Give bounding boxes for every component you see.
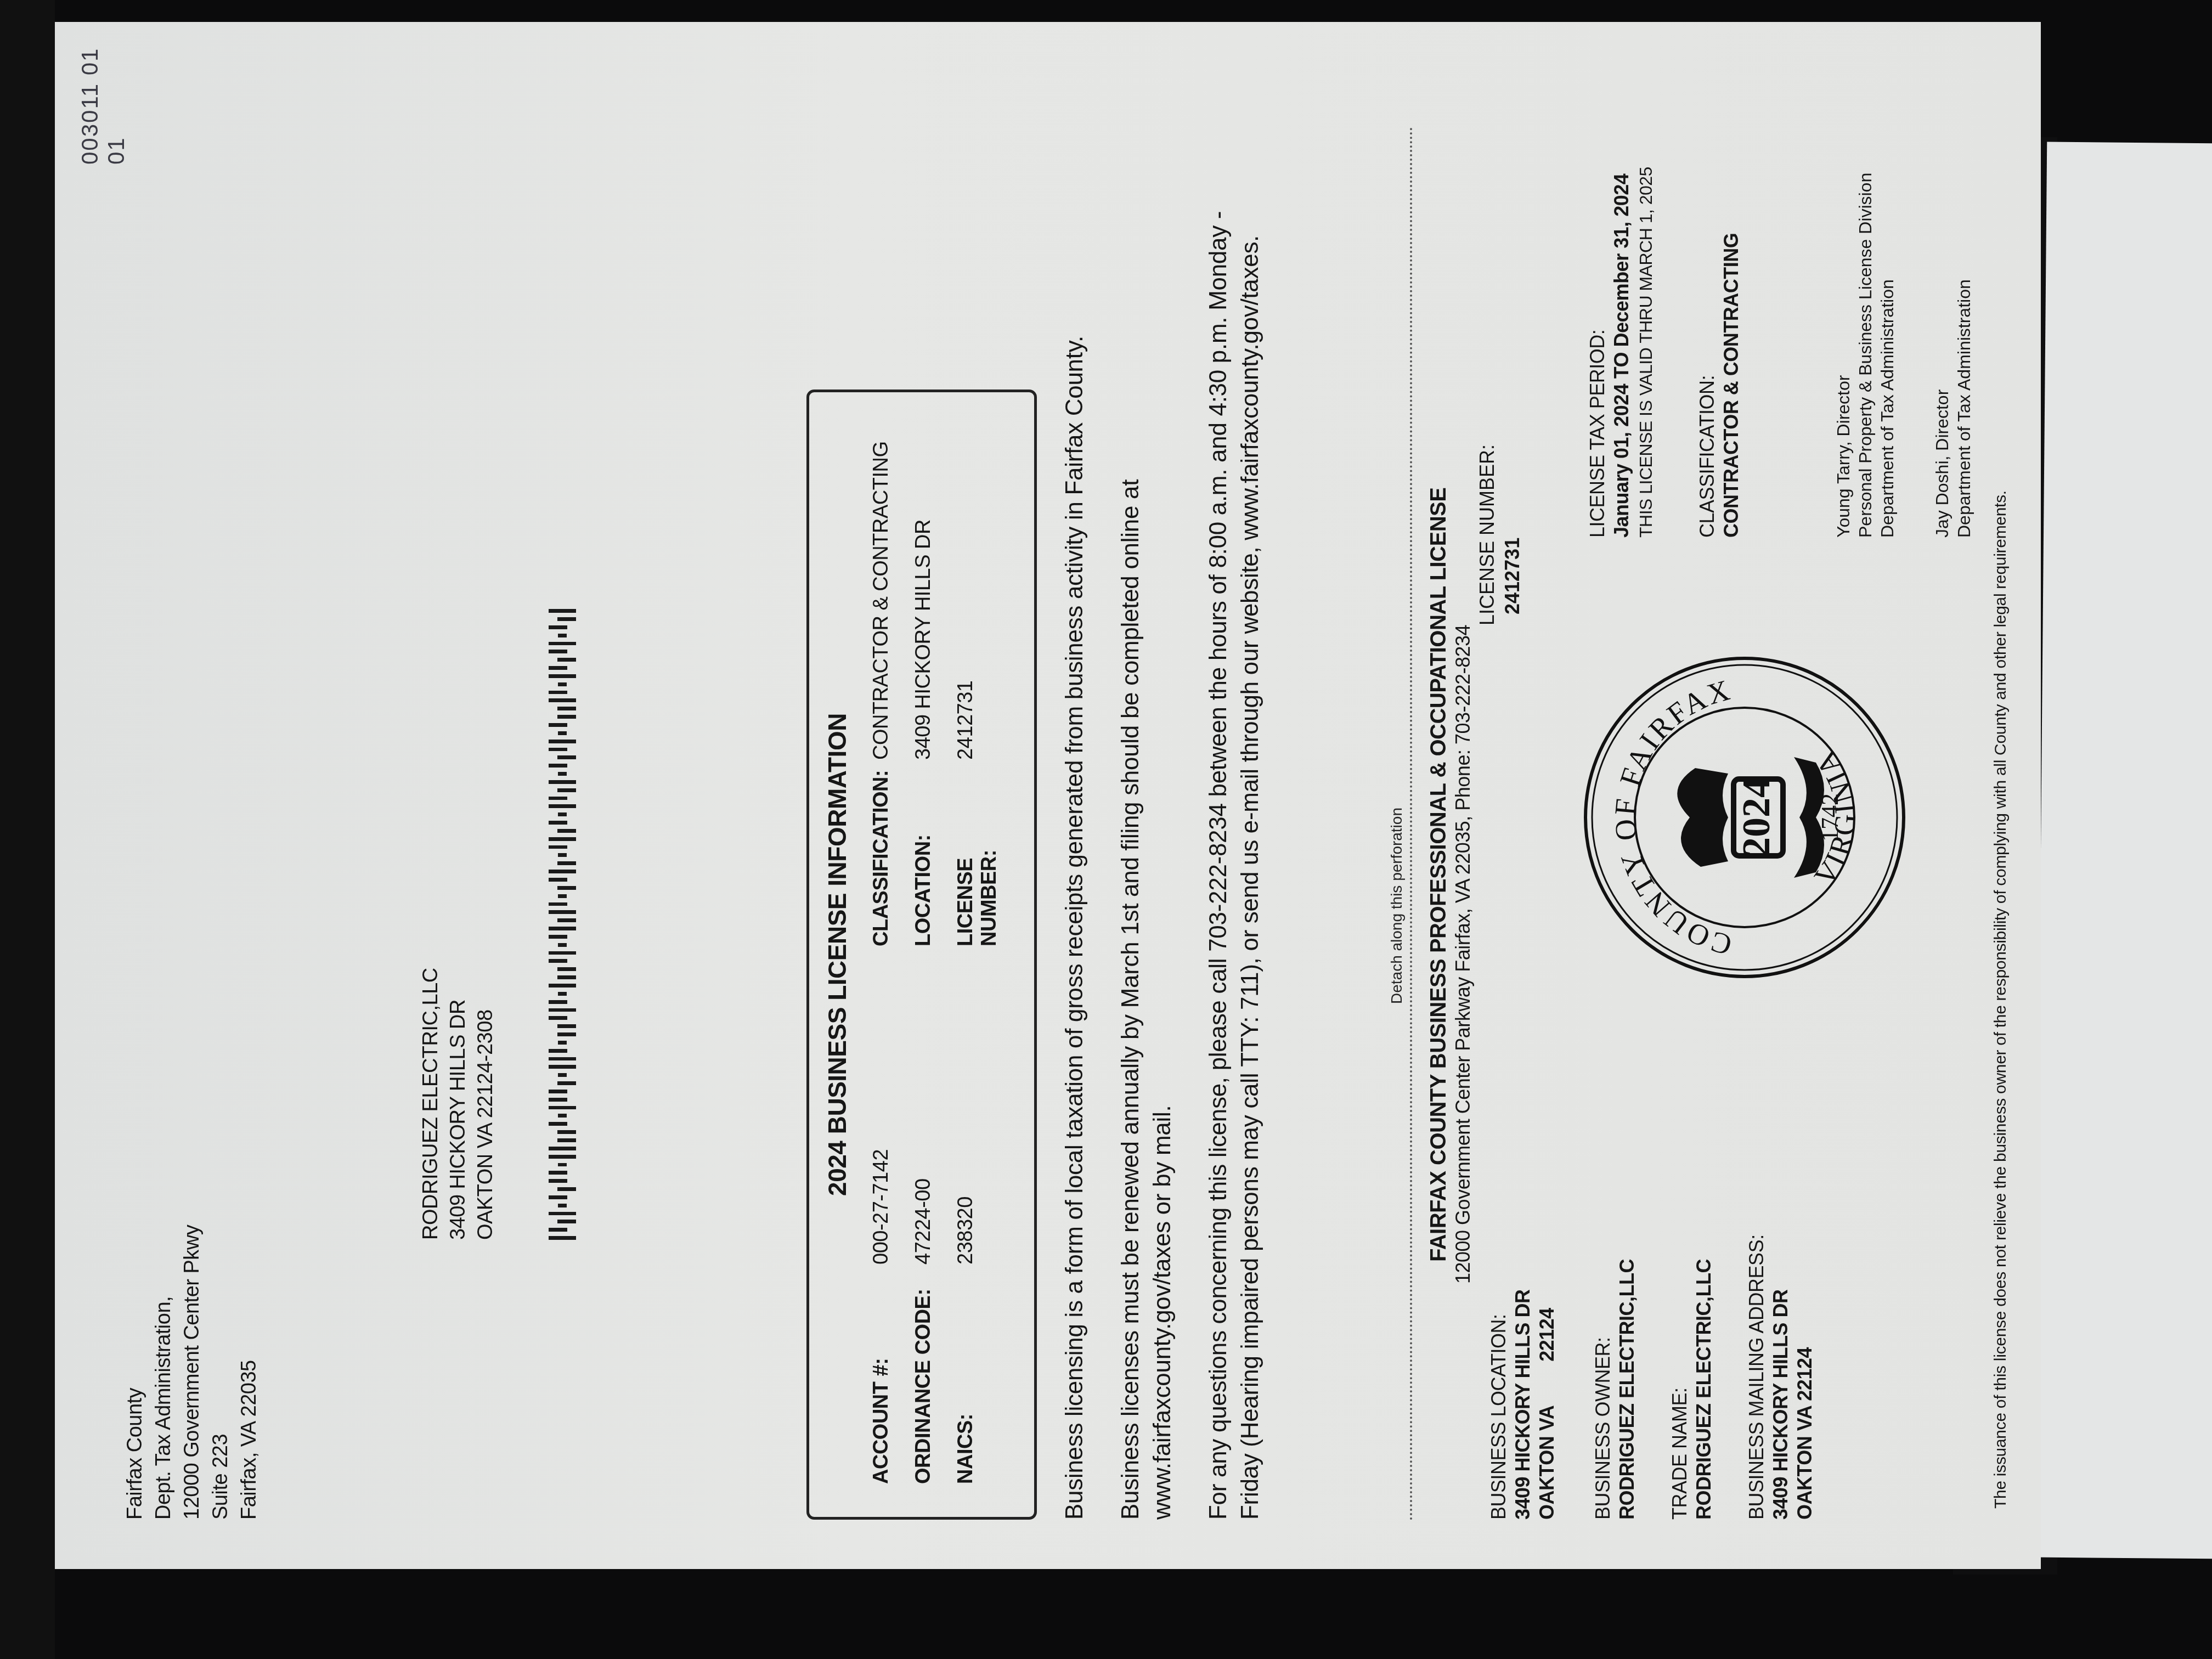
barcode-bar [549,951,576,955]
barcode-bar [549,1122,567,1126]
barcode-bar [557,1187,576,1191]
return-address-line: 12000 Government Center Pkwy [178,1225,206,1520]
barcode-bar [549,674,576,678]
classification-value: CONTRACTOR & CONTRACTING [1719,233,1743,538]
adjacent-page [2035,142,2212,1559]
trade-name-value: RODRIGUEZ ELECTRIC,LLC [1692,1259,1716,1520]
barcode-bar [558,1114,567,1118]
return-address-line: Fairfax County [121,1225,149,1520]
barcode-bar [557,1130,576,1134]
barcode-bar [557,788,576,792]
barcode-bar [549,1155,576,1159]
barcode-bar [558,1163,567,1167]
barcode-bar [549,609,576,613]
signers: Young Tarry, Director Personal Property … [1832,173,1975,538]
business-location-zip: 22124 [1536,1308,1558,1362]
barcode-bar [558,772,567,776]
barcode-bar [557,658,576,662]
return-address-line: Dept. Tax Administration, [149,1225,178,1520]
barcode-bar [549,1057,576,1061]
signer-title: Department of Tax Administration [1953,173,1975,538]
return-address: Fairfax County Dept. Tax Administration,… [121,1225,263,1520]
signer-title: Department of Tax Administration [1876,173,1898,538]
barcode-bar [549,837,576,841]
barcode-bar [558,943,567,947]
barcode-bar [558,731,567,735]
license-document: 003011 01 01 Fairfax County Dept. Tax Ad… [55,22,2041,1569]
business-owner: BUSINESS OWNER: RODRIGUEZ ELECTRIC,LLC [1591,1259,1639,1520]
barcode-bar [557,1138,576,1142]
barcode-bar [557,617,576,621]
barcode-bar [558,812,567,816]
license-number-label: LICENSE NUMBER: [954,760,1001,946]
barcode-bar [549,959,567,963]
business-owner-value: RODRIGUEZ ELECTRIC,LLC [1615,1259,1639,1520]
barcode-bar [549,821,567,825]
barcode-bar [549,764,567,768]
return-address-line: Suite 223 [206,1225,235,1520]
barcode-bar [557,918,576,922]
location-value: 3409 HICKORY HILLS DR [912,425,935,760]
account-value: 000-27-7142 [870,946,893,1265]
barcode-bar [558,992,567,996]
license-number-value: 2412731 [954,425,1001,760]
tax-period: LICENSE TAX PERIOD: January 01, 2024 TO … [1585,167,1658,538]
info-box-title: 2024 BUSINESS LICENSE INFORMATION [822,392,852,1517]
note-paragraph: For any questions concerning this licens… [1203,203,1266,1520]
barcode-bar [557,715,576,719]
perforation-label: Detach along this perforation [1388,808,1406,1004]
barcode-bar [549,878,567,882]
barcode-bar [558,1041,567,1045]
document-id: 003011 01 01 [77,22,129,165]
barcode-bar [557,886,576,890]
barcode-bar [549,1147,576,1150]
barcode-bar [549,740,576,743]
barcode-bar [557,967,576,971]
mailing-address: BUSINESS MAILING ADDRESS: 3409 HICKORY H… [1745,1234,1817,1520]
barcode-bar [558,682,567,686]
location-label: LOCATION: [912,760,935,946]
barcode-bar [557,1220,576,1223]
barcode-bar [549,797,567,800]
naics-value: 238320 [954,946,1001,1265]
tax-period-label: LICENSE TAX PERIOD: [1585,167,1610,538]
trade-name: TRADE NAME: RODRIGUEZ ELECTRIC,LLC [1668,1259,1716,1520]
barcode-bar [557,1081,576,1085]
barcode-bar [549,1171,567,1175]
barcode-bar [549,1016,567,1020]
barcode-bar [549,1106,576,1110]
barcode-bar [549,845,567,849]
validity-note: THIS LICENSE IS VALID THRU MARCH 1, 2025 [1634,167,1658,538]
barcode-bar [549,1228,567,1232]
svg-text:1742: 1742 [1816,793,1843,842]
barcode-bar [549,1212,576,1216]
barcode-bar [549,902,567,906]
barcode-bar [557,861,576,865]
classification-label: CLASSIFICATION: [870,760,893,946]
barcode-bar [549,984,576,988]
barcode-bar [549,691,567,695]
license-subtitle: 12000 Government Center Parkway Fairfax,… [1452,625,1475,1284]
barcode-bar [549,910,576,914]
business-location-label: BUSINESS LOCATION: [1487,1289,1511,1520]
barcode-bar [549,780,576,784]
business-owner-label: BUSINESS OWNER: [1591,1259,1615,1520]
barcode-bar [549,1065,576,1069]
note-paragraph: Business licensing is a form of local ta… [1059,203,1091,1520]
svg-text:2024: 2024 [1734,778,1778,857]
barcode-bar [549,1000,567,1004]
barcode-bar [558,1073,567,1077]
signer-name: Jay Doshi, Director [1931,173,1953,538]
barcode-bar [549,625,567,629]
barcode-bar [549,804,576,808]
barcode-bar [557,829,576,833]
postal-barcode-icon [549,609,576,1240]
recipient-line: RODRIGUEZ ELECTRIC,LLC [417,968,444,1240]
barcode-bar [549,1049,567,1053]
recipient-line: OAKTON VA 22124-2308 [472,968,499,1240]
barcode-bar [549,748,567,752]
barcode-bar [549,650,567,653]
signer: Jay Doshi, Director Department of Tax Ad… [1931,173,1975,538]
business-location-line1: 3409 HICKORY HILLS DR [1511,1289,1535,1520]
recipient-address: RODRIGUEZ ELECTRIC,LLC 3409 HICKORY HILL… [417,968,499,1240]
classification-label: CLASSIFICATION: [1695,233,1719,538]
barcode-bar [558,634,567,637]
barcode-bar [557,1024,576,1028]
mailing-address-line2: OAKTON VA 22124 [1793,1234,1817,1520]
naics-label: NAICS: [954,1265,1001,1484]
note-paragraph: Business licenses must be renewed annual… [1115,203,1178,1520]
classification: CLASSIFICATION: CONTRACTOR & CONTRACTING [1695,233,1743,538]
barcode-bar [549,1236,576,1240]
barcode-bar [557,755,576,759]
signer: Young Tarry, Director Personal Property … [1832,173,1898,538]
signer-name: Young Tarry, Director [1832,173,1854,538]
barcode-bar [549,927,576,930]
barcode-bar [549,935,567,939]
barcode-bar [549,1179,567,1183]
mailing-address-line1: 3409 HICKORY HILLS DR [1769,1234,1793,1520]
license-number-label: LICENSE NUMBER: [1476,444,1499,625]
barcode-bar [549,666,567,670]
barcode-bar [558,894,567,898]
footer-note: The issuance of this license does not re… [1991,27,2010,1509]
document-photo: 003011 01 01 Fairfax County Dept. Tax Ad… [55,22,2041,1569]
license-title: FAIRFAX COUNTY BUSINESS PROFESSIONAL & O… [1426,488,1451,1262]
business-location-line2: OAKTON VA [1536,1406,1558,1520]
trade-name-label: TRADE NAME: [1668,1259,1692,1520]
barcode-bar [558,854,567,857]
license-number-value: 2412731 [1501,538,1524,614]
barcode-bar [549,642,576,646]
signer-title: Personal Property & Business License Div… [1854,173,1876,538]
barcode-bar [549,698,576,702]
mailing-address-label: BUSINESS MAILING ADDRESS: [1745,1234,1769,1520]
barcode-bar [549,723,567,727]
ordinance-code-value: 47224-00 [912,946,935,1265]
account-label: ACCOUNT #: [870,1265,893,1484]
county-seal-icon: COUNTY OF FAIRFAX VIRGINIA 2024 1742 [1575,647,1915,988]
perforation-line [1410,126,1412,1520]
recipient-line: 3409 HICKORY HILLS DR [444,968,472,1240]
business-license-info-box: 2024 BUSINESS LICENSE INFORMATION ACCOUN… [806,390,1037,1520]
business-location: BUSINESS LOCATION: 3409 HICKORY HILLS DR… [1487,1289,1559,1520]
barcode-bar [549,1195,567,1199]
license-notes: Business licensing is a form of local ta… [1059,203,1290,1520]
info-grid: ACCOUNT #: 000-27-7142 CLASSIFICATION: C… [870,425,1001,1484]
barcode-bar [558,1204,567,1207]
tax-period-value: January 01, 2024 TO December 31, 2024 [1610,167,1634,538]
barcode-bar [557,975,576,979]
barcode-bar [557,1032,576,1036]
background-left [0,0,55,1659]
classification-value: CONTRACTOR & CONTRACTING [870,425,893,760]
barcode-bar [557,707,576,710]
barcode-bar [549,870,576,873]
barcode-bar [549,1090,567,1093]
barcode-bar [549,1008,576,1012]
ordinance-code-label: ORDINANCE CODE: [912,1265,935,1484]
barcode-bar [549,1098,567,1102]
return-address-line: Fairfax, VA 22035 [235,1225,263,1520]
